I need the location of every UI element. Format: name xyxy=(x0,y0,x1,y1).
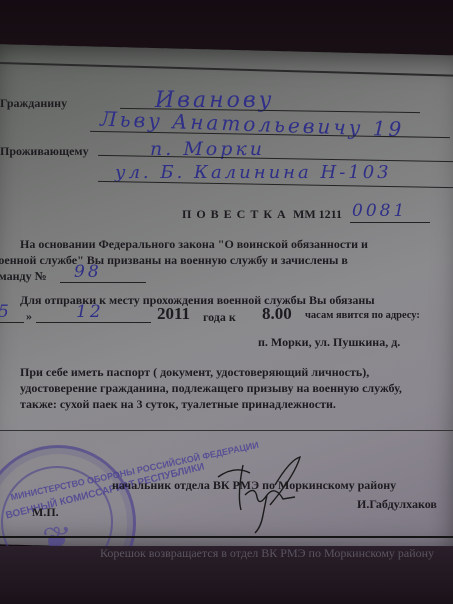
year: 2011 xyxy=(157,304,190,324)
handwritten-team-number: 98 xyxy=(74,262,102,282)
tear-off-fold-line xyxy=(0,536,453,538)
summons-series: ММ 1211 xyxy=(293,207,342,222)
para1-line2: военной службе" Вы призваны на военную с… xyxy=(0,252,348,268)
time-suffix: часам явится по адресу: xyxy=(305,310,420,321)
underline-month xyxy=(36,322,151,323)
seal-label: М.П. xyxy=(32,504,59,520)
para3-line3: также: сухой паек на 3 суток, туалетные … xyxy=(20,396,336,412)
handwritten-summons-number: 0081 xyxy=(352,201,407,221)
underline-number xyxy=(350,222,430,223)
para1-line1: На основании Федерального закона "О воин… xyxy=(20,236,368,252)
year-suffix: года к xyxy=(203,309,236,325)
quote-close: » xyxy=(26,308,32,324)
label-to-citizen: Гражданину xyxy=(0,96,67,111)
report-address: п. Морки, ул. Пушкина, д. xyxy=(258,334,400,350)
para3-line2: удостоверение гражданина, подлежащего пр… xyxy=(20,380,402,396)
underline-team xyxy=(60,282,146,283)
underline-day xyxy=(0,322,24,323)
time: 8.00 xyxy=(262,304,292,324)
tear-off-text: Корешок возвращается в отдел ВК РМЭ по М… xyxy=(100,545,434,561)
handwritten-month: 12 xyxy=(76,302,104,322)
para2-line1: Для отправки к месту прохождения военной… xyxy=(20,292,375,308)
para1-line3: команду № xyxy=(0,268,47,284)
signatory-name: И.Габдулхаков xyxy=(357,496,437,512)
handwritten-address-line2: ул. Б. Калинина Н-103 xyxy=(115,162,392,183)
label-residing: Проживающему xyxy=(0,144,89,159)
section-divider xyxy=(0,430,453,431)
handwritten-day: 5 xyxy=(0,302,12,322)
para3-line1: При себе иметь паспорт ( документ, удост… xyxy=(20,364,369,380)
signature-icon xyxy=(215,455,315,535)
summons-heading: П О В Е С Т К А xyxy=(182,207,287,222)
